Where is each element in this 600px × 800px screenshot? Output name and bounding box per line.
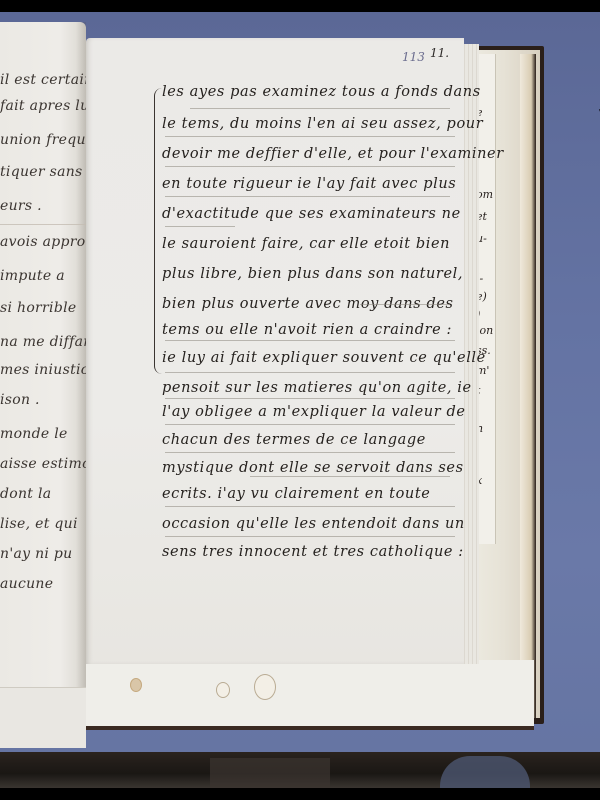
manuscript-line: ie luy ai fait expliquer souvent ce qu'e… xyxy=(162,350,486,366)
manuscript-line: mystique dont elle se servoit dans ses xyxy=(162,460,464,476)
underline xyxy=(165,136,455,137)
bottom-black-bar xyxy=(0,788,600,800)
left-page-bottom-fold xyxy=(0,687,86,748)
left-line: tiquer sans xyxy=(0,164,86,180)
left-line: aucune xyxy=(0,576,86,592)
manuscript-line: plus libre, bien plus dans son naturel, xyxy=(162,266,463,282)
left-line: lise, et qui xyxy=(0,516,86,532)
underline xyxy=(165,340,455,341)
manuscript-line: en toute rigueur ie l'ay fait avec plus xyxy=(162,176,456,192)
underline xyxy=(360,304,450,305)
manuscript-line: chacun des termes de ce langage xyxy=(162,432,426,448)
left-line: eurs . xyxy=(0,198,86,214)
manuscript-line: tems ou elle n'avoit rien a craindre : xyxy=(162,322,452,338)
bottom-flyleaf xyxy=(80,660,534,730)
manuscript-line: sens tres innocent et tres catholique : xyxy=(162,544,464,560)
underline xyxy=(250,476,450,477)
underline xyxy=(165,372,455,373)
left-line: n'ay ni pu xyxy=(0,546,86,562)
left-line: si horrible xyxy=(0,300,86,316)
manuscript-line: l'ay obligee a m'expliquer la valeur de xyxy=(162,404,466,420)
top-black-bar xyxy=(0,0,600,12)
underline xyxy=(165,452,455,453)
left-line: monde le xyxy=(0,426,86,442)
underline xyxy=(190,108,450,109)
manuscript-line: d'exactitude que ses examinateurs ne xyxy=(162,206,461,222)
stain xyxy=(254,674,276,700)
left-line: impute a xyxy=(0,268,86,284)
underline xyxy=(165,424,455,425)
left-line: avois approu xyxy=(0,234,86,250)
stain xyxy=(130,678,142,692)
left-line: union frequem xyxy=(0,132,86,148)
table-object xyxy=(440,756,530,788)
underline xyxy=(165,196,450,197)
left-line: na me diffam xyxy=(0,334,86,350)
manuscript-line: pensoit sur les matieres qu'on agite, ie xyxy=(162,380,472,396)
left-line: il est certain xyxy=(0,72,86,88)
manuscript-line: les ayes pas examinez tous a fonds dans xyxy=(162,84,481,100)
left-page: il est certain fait apres luy union freq… xyxy=(0,22,86,730)
table-object xyxy=(210,758,330,788)
flyleaf-edge xyxy=(520,54,536,718)
underline xyxy=(165,398,455,399)
manuscript-line: devoir me deffier d'elle, et pour l'exam… xyxy=(162,146,504,162)
manuscript-line: le sauroient faire, car elle etoit bien xyxy=(162,236,450,252)
left-line: aisse estimo xyxy=(0,456,86,472)
folio-number-ink: 11. xyxy=(430,46,449,60)
manuscript-line: ecrits. i'ay vu clairement en toute xyxy=(162,486,430,502)
left-rule xyxy=(0,224,86,225)
underline xyxy=(165,166,455,167)
underline xyxy=(165,506,455,507)
underline xyxy=(165,536,455,537)
stain xyxy=(216,682,230,698)
left-line: ison . xyxy=(0,392,86,408)
manuscript-line: le tems, du moins l'en ai seu assez, pou… xyxy=(162,116,483,132)
table-edge xyxy=(0,752,600,788)
underline xyxy=(165,226,235,227)
left-line: dont la xyxy=(0,486,86,502)
manuscript-line: occasion qu'elle les entendoit dans un xyxy=(162,516,465,532)
folio-number-pencil: 113 xyxy=(402,50,425,64)
left-line: mes iniustic xyxy=(0,362,86,378)
left-line: fait apres luy xyxy=(0,98,86,114)
